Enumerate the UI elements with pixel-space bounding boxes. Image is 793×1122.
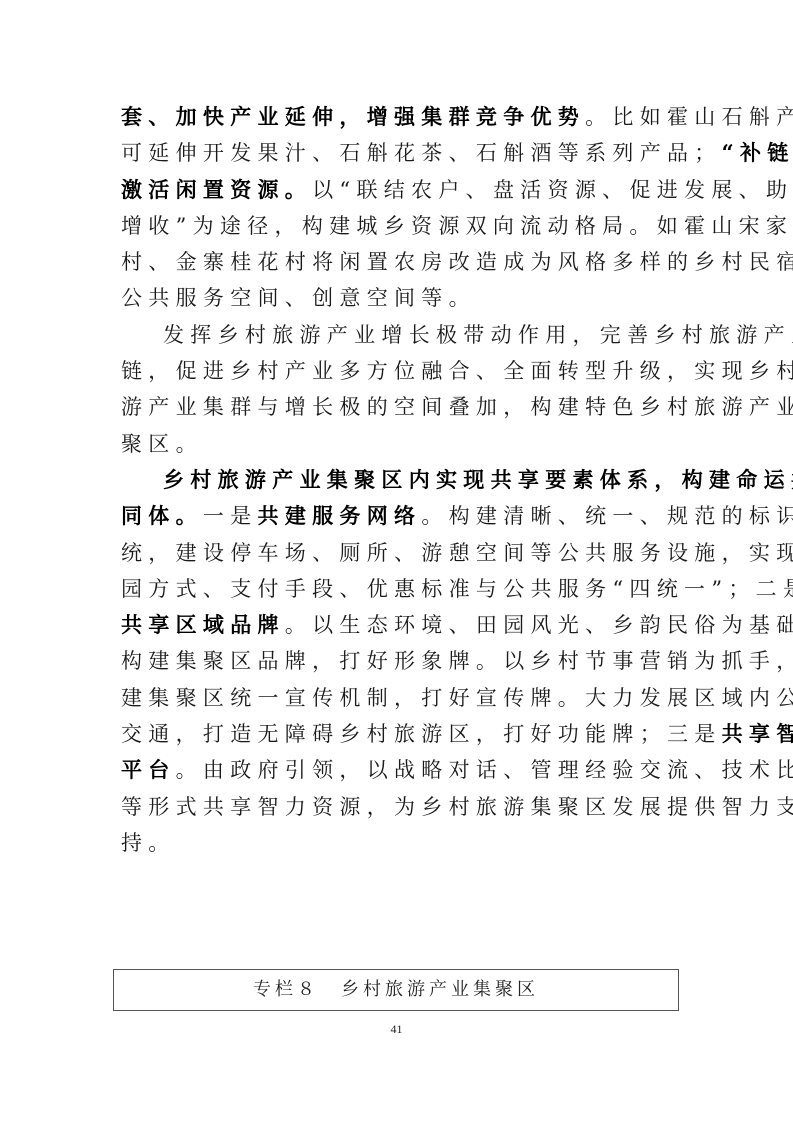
text-segment: 。以生态环境、田园风光、乡韵民俗为基础， <box>285 613 793 637</box>
text-segment: 链，促进乡村产业多方位融合、全面转型升级，实现乡村旅 <box>121 359 793 383</box>
text-segment: 持。 <box>121 831 176 855</box>
bold-text-segment: “补链”， <box>722 140 793 165</box>
text-line: 等形式共享智力资源，为乡村旅游集聚区发展提供智力支 <box>121 789 677 825</box>
text-line: 增收”为途径，构建城乡资源双向流动格局。如霍山宋家河 <box>121 208 677 244</box>
text-line: 持。 <box>121 825 677 861</box>
text-segment: 发挥乡村旅游产业增长极带动作用，完善乡村旅游产业 <box>163 323 793 347</box>
text-segment: 建集聚区统一宣传机制，打好宣传牌。大力发展区域内公共 <box>121 686 793 710</box>
text-line: 同体。一是共建服务网络。构建清晰、统一、规范的标识系 <box>121 498 677 534</box>
text-line: 游产业集群与增长极的空间叠加，构建特色乡村旅游产业集 <box>121 389 677 425</box>
text-segment: 。构建清晰、统一、规范的标识系 <box>421 504 793 528</box>
text-segment: 。由政府引领，以战略对话、管理经验交流、技术比武 <box>176 758 793 782</box>
text-line: 公共服务空间、创意空间等。 <box>121 280 677 316</box>
text-line: 套、加快产业延伸，增强集群竞争优势。比如霍山石斛产业 <box>121 99 677 135</box>
text-line: 乡村旅游产业集聚区内实现共享要素体系，构建命运共 <box>121 462 677 498</box>
document-page: 套、加快产业延伸，增强集群竞争优势。比如霍山石斛产业可延伸开发果汁、石斛花茶、石… <box>0 0 793 1122</box>
bold-text-segment: 同体。 <box>121 503 203 528</box>
text-segment: 园方式、支付手段、优惠标准与公共服务“四统一”；二是 <box>121 577 793 601</box>
text-line: 聚区。 <box>121 426 677 462</box>
text-line: 发挥乡村旅游产业增长极带动作用，完善乡村旅游产业 <box>121 317 677 353</box>
bold-text-segment: 共享区域品牌 <box>121 612 285 637</box>
text-segment: 公共服务空间、创意空间等。 <box>121 286 476 310</box>
page-number: 41 <box>0 1022 793 1037</box>
text-line: 可延伸开发果汁、石斛花茶、石斛酒等系列产品；“补链”， <box>121 135 677 171</box>
text-line: 统，建设停车场、厕所、游憩空间等公共服务设施，实现入 <box>121 535 677 571</box>
text-segment: 聚区。 <box>121 432 203 456</box>
text-line: 建集聚区统一宣传机制，打好宣传牌。大力发展区域内公共 <box>121 680 677 716</box>
text-segment: 可延伸开发果汁、石斛花茶、石斛酒等系列产品； <box>121 141 722 165</box>
bold-text-segment: 激活闲置资源。 <box>121 177 312 202</box>
text-line: 交通，打造无障碍乡村旅游区，打好功能牌；三是共享智力 <box>121 716 677 752</box>
bold-text-segment: 共享智力 <box>722 721 793 746</box>
bold-text-segment: 乡村旅游产业集聚区内实现共享要素体系，构建命运共 <box>163 467 793 492</box>
column-box: 专栏８ 乡村旅游产业集聚区 <box>113 969 679 1011</box>
text-segment: 交通，打造无障碍乡村旅游区，打好功能牌；三是 <box>121 722 722 746</box>
text-segment: 统，建设停车场、厕所、游憩空间等公共服务设施，实现入 <box>121 541 793 565</box>
text-line: 共享区域品牌。以生态环境、田园风光、乡韵民俗为基础， <box>121 607 677 643</box>
column-box-title: 专栏８ 乡村旅游产业集聚区 <box>253 979 539 1000</box>
text-segment: 。比如霍山石斛产业 <box>585 105 793 129</box>
text-line: 村、金寨桂花村将闲置农房改造成为风格多样的乡村民宿、 <box>121 244 677 280</box>
text-line: 链，促进乡村产业多方位融合、全面转型升级，实现乡村旅 <box>121 353 677 389</box>
text-segment: 增收”为途径，构建城乡资源双向流动格局。如霍山宋家河 <box>121 214 793 238</box>
text-segment: 一是 <box>203 504 258 528</box>
text-line: 园方式、支付手段、优惠标准与公共服务“四统一”；二是 <box>121 571 677 607</box>
text-segment: 等形式共享智力资源，为乡村旅游集聚区发展提供智力支 <box>121 795 793 819</box>
text-line: 激活闲置资源。以“联结农户、盘活资源、促进发展、助农 <box>121 172 677 208</box>
bold-text-segment: 共建服务网络 <box>258 503 422 528</box>
body-text: 套、加快产业延伸，增强集群竞争优势。比如霍山石斛产业可延伸开发果汁、石斛花茶、石… <box>121 99 677 861</box>
text-segment: 构建集聚区品牌，打好形象牌。以乡村节事营销为抓手，构 <box>121 649 793 673</box>
bold-text-segment: 平台 <box>121 757 176 782</box>
text-segment: 村、金寨桂花村将闲置农房改造成为风格多样的乡村民宿、 <box>121 250 793 274</box>
bold-text-segment: 套、加快产业延伸，增强集群竞争优势 <box>121 104 585 129</box>
text-line: 构建集聚区品牌，打好形象牌。以乡村节事营销为抓手，构 <box>121 643 677 679</box>
text-segment: 游产业集群与增长极的空间叠加，构建特色乡村旅游产业集 <box>121 395 793 419</box>
text-segment: 以“联结农户、盘活资源、促进发展、助农 <box>312 178 793 202</box>
text-line: 平台。由政府引领，以战略对话、管理经验交流、技术比武 <box>121 752 677 788</box>
